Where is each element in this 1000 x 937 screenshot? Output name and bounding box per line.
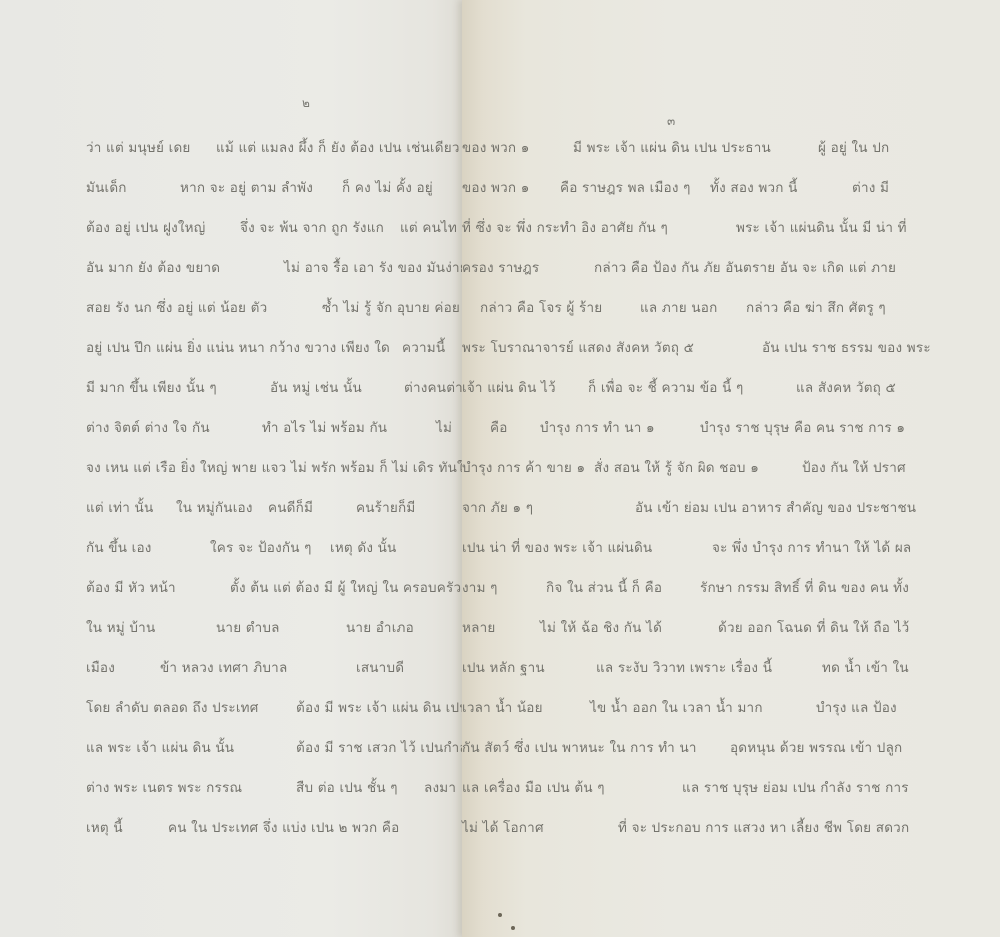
left-text-line-7-segment: อัน หมู่ เช่น นั้น (270, 376, 362, 398)
left-text-line-4-segment: ไม่ อาจ รื้อ เอา รัง ของ มันง่าย (284, 256, 468, 278)
left-text-line-6-segment: ความนี้ (402, 336, 445, 358)
left-text-line-14-segment: เมือง (86, 656, 115, 678)
left-text-line-13-segment: ใน หมู่ บ้าน (86, 616, 155, 638)
left-text-line-6-segment: อยู่ เปน ปึก แผ่น ยิ่ง แน่น หนา กว้าง ขว… (86, 336, 390, 358)
left-text-line-13-segment: นาย ตำบล (216, 616, 280, 638)
right-text-line-2-segment: ของ พวก ๑ (462, 176, 530, 198)
right-text-line-12-segment: งาม ๆ (462, 576, 498, 598)
right-text-line-15-segment: ไข น้ำ ออก ใน เวลา น้ำ มาก (590, 696, 763, 718)
left-text-line-10-segment: คนร้ายก็มี (356, 496, 415, 518)
left-text-line-3-segment: จึ่ง จะ พ้น จาก ถูก รังแก (240, 216, 384, 238)
right-text-line-7-segment: เจ้า แผ่น ดิน ไว้ (462, 376, 556, 398)
right-page: ๓ ของ พวก ๑มี พระ เจ้า แผ่น ดิน เปน ประธ… (462, 0, 1000, 937)
right-text-line-2-segment: ต่าง มี (852, 176, 889, 198)
right-text-line-18-segment: ไม่ ได้ โอกาศ (462, 816, 544, 838)
left-text-line-11-segment: ใคร จะ ป้องกัน ๆ (210, 536, 312, 558)
left-text-line-17-segment: สืบ ต่อ เปน ชั้น ๆ (296, 776, 398, 798)
right-text-line-7-segment: แล สังคห วัตถุ ๕ (796, 376, 896, 398)
left-text-line-14-segment: ข้า หลวง เทศา ภิบาล (160, 656, 287, 678)
left-text-line-7-segment: ต่างคนต่าง (404, 376, 470, 398)
right-text-line-1-segment: ผู้ อยู่ ใน ปก (818, 136, 889, 158)
left-text-line-17-segment: ลงมา (424, 776, 456, 798)
right-text-line-2-segment: คือ ราษฎร พล เมือง ๆ (560, 176, 691, 198)
right-text-line-6-segment: อัน เปน ราช ธรรม ของ พระ (762, 336, 931, 358)
left-text-line-1-segment: แม้ แต่ แมลง ผึ้ง ก็ ยัง ต้อง เปน เช่นเด… (216, 136, 460, 158)
right-text-line-5-segment: กล่าว คือ โจร ผู้ ร้าย (480, 296, 602, 318)
right-text-line-17-segment: แล เครื่อง มือ เปน ต้น ๆ (462, 776, 605, 798)
left-text-line-15-segment: ต้อง มี พระ เจ้า แผ่น ดิน เปนผู้ (296, 696, 477, 718)
left-text-line-12-segment: ตั้ง ต้น แต่ ต้อง มี ผู้ ใหญ่ ใน ครอบครั… (230, 576, 461, 598)
right-text-line-8-segment: บำรุง ราช บุรุษ คือ คน ราช การ ๑ (700, 416, 905, 438)
right-text-line-7-segment: ก็ เพื่อ จะ ชี้ ความ ข้อ นี้ ๆ (588, 376, 743, 398)
right-text-line-6-segment: พระ โบราณาจารย์ แสดง สังคห วัตถุ ๕ (462, 336, 694, 358)
left-text-line-9-segment: จง เหน แต่ เรือ ยิ่ง ใหญ่ พาย แจว ไม่ พร… (86, 456, 472, 478)
right-text-line-11-segment: จะ พึ่ง บำรุง การ ทำนา ให้ ได้ ผล (712, 536, 911, 558)
right-text-line-1-segment: ของ พวก ๑ (462, 136, 530, 158)
right-text-line-3-segment: ที่ ซึ่ง จะ พึ่ง กระทำ อิง อาศัย กัน ๆ (462, 216, 668, 238)
left-text-line-2-segment: ก็ คง ไม่ คั้ง อยู่ (342, 176, 433, 198)
right-text-line-2-segment: ทั้ง สอง พวก นี้ (710, 176, 798, 198)
left-text-line-2-segment: มันเด็ก (86, 176, 127, 198)
book-spread: ๒ ว่า แต่ มนุษย์ เดยแม้ แต่ แมลง ผึ้ง ก็… (0, 0, 1000, 937)
right-text-line-16-segment: อุดหนุน ด้วย พรรณ เข้า ปลูก (730, 736, 902, 758)
left-text-line-7-segment: มี มาก ขึ้น เพียง นั้น ๆ (86, 376, 217, 398)
left-text-line-2-segment: หาก จะ อยู่ ตาม ลำพัง (180, 176, 313, 198)
right-text-line-4-segment: ครอง ราษฎร (462, 256, 539, 278)
left-text-line-12-segment: ต้อง มี หัว หน้า (86, 576, 176, 598)
left-text-line-11-segment: เหตุ ดัง นั้น (330, 536, 396, 558)
right-text-line-14-segment: เปน หลัก ฐาน (462, 656, 545, 678)
right-text-line-1-segment: มี พระ เจ้า แผ่น ดิน เปน ประธาน (573, 136, 771, 158)
left-text-line-1-segment: ว่า แต่ มนุษย์ เดย (86, 136, 191, 158)
right-text-line-9-segment: สั่ง สอน ให้ รู้ จัก ผิด ชอบ ๑ (594, 456, 759, 478)
right-text-line-8-segment: บำรุง การ ทำ นา ๑ (540, 416, 655, 438)
left-text-line-16-segment: แล พระ เจ้า แผ่น ดิน นั้น (86, 736, 234, 758)
right-text-line-12-segment: รักษา กรรม สิทธิ์ ที่ ดิน ของ คน ทั้ง (700, 576, 909, 598)
binding-hole-mark (498, 913, 502, 917)
right-text-line-11-segment: เปน น่า ที่ ของ พระ เจ้า แผ่นดิน (462, 536, 652, 558)
right-text-line-13-segment: ไม่ ให้ ฉ้อ ชิง กัน ได้ (540, 616, 662, 638)
right-page-number: ๓ (667, 112, 675, 131)
left-text-line-5-segment: ซ้ำ ไม่ รู้ จัก อุบาย ค่อย (322, 296, 460, 318)
right-text-line-5-segment: แล ภาย นอก (640, 296, 717, 318)
left-page: ๒ ว่า แต่ มนุษย์ เดยแม้ แต่ แมลง ผึ้ง ก็… (0, 0, 470, 937)
right-text-line-5-segment: กล่าว คือ ฆ่า สึก ศัตรู ๆ (746, 296, 886, 318)
right-text-line-17-segment: แล ราช บุรุษ ย่อม เปน กำลัง ราช การ (682, 776, 909, 798)
left-text-line-16-segment: ต้อง มี ราช เสวก ไว้ เปนกำลัง (296, 736, 475, 758)
right-text-line-8-segment: คือ (490, 416, 508, 438)
left-text-line-3-segment: ต้อง อยู่ เปน ฝูงใหญ่ (86, 216, 205, 238)
left-text-line-3-segment: แต่ คนไท (400, 216, 457, 238)
left-text-line-18-segment: คน ใน ประเทศ จึ่ง แบ่ง เปน ๒ พวก คือ (168, 816, 399, 838)
right-text-line-14-segment: ทด น้ำ เข้า ใน (822, 656, 909, 678)
left-text-line-18-segment: เหตุ นี้ (86, 816, 123, 838)
right-text-line-13-segment: หลาย (462, 616, 495, 638)
right-text-line-4-segment: กล่าว คือ ป้อง กัน ภัย อันตราย อัน จะ เก… (594, 256, 896, 278)
right-text-line-12-segment: กิจ ใน ส่วน นี้ ก็ คือ (546, 576, 662, 598)
left-text-line-10-segment: ใน หมู่กันเอง (176, 496, 253, 518)
right-text-line-3-segment: พระ เจ้า แผ่นดิน นั้น มี น่า ที่ (736, 216, 907, 238)
left-text-line-15-segment: โดย ลำดับ ตลอด ถึง ประเทศ (86, 696, 259, 718)
right-text-line-18-segment: ที่ จะ ประกอบ การ แสวง หา เลี้ยง ชีพ โดย… (618, 816, 909, 838)
right-text-line-9-segment: บำรุง การ ค้า ขาย ๑ (462, 456, 585, 478)
left-text-line-4-segment: อัน มาก ยัง ต้อง ขยาด (86, 256, 220, 278)
right-text-line-10-segment: จาก ภัย ๑ ๆ (462, 496, 533, 518)
left-text-line-10-segment: คนดีก็มี (268, 496, 313, 518)
left-text-line-17-segment: ต่าง พระ เนตร พระ กรรณ (86, 776, 242, 798)
right-text-line-10-segment: อัน เข้า ย่อม เปน อาหาร สำคัญ ของ ประชาช… (635, 496, 916, 518)
right-text-line-15-segment: บำรุง แล ป้อง (816, 696, 897, 718)
left-text-line-14-segment: เสนาบดี (356, 656, 404, 678)
right-text-line-9-segment: ป้อง กัน ให้ ปราศ (802, 456, 906, 478)
right-text-line-13-segment: ด้วย ออก โฉนด ที่ ดิน ให้ ถือ ไว้ (718, 616, 909, 638)
binding-hole-mark (511, 926, 515, 930)
left-page-number: ๒ (302, 94, 310, 113)
right-text-line-15-segment: เวลา น้ำ น้อย (462, 696, 543, 718)
left-text-line-11-segment: กัน ขึ้น เอง (86, 536, 152, 558)
left-text-line-13-segment: นาย อำเภอ (346, 616, 414, 638)
right-text-line-14-segment: แล ระงับ วิวาท เพราะ เรื่อง นี้ (596, 656, 772, 678)
left-text-line-10-segment: แต่ เท่า นั้น (86, 496, 153, 518)
right-text-line-16-segment: กัน สัตว์ ซึ่ง เปน พาหนะ ใน การ ทำ นา (462, 736, 697, 758)
left-text-line-5-segment: สอย รัง นก ซึ่ง อยู่ แต่ น้อย ตัว (86, 296, 267, 318)
left-text-line-8-segment: ทำ อไร ไม่ พร้อม กัน (262, 416, 387, 438)
left-text-line-8-segment: ไม่ (436, 416, 452, 438)
left-text-line-8-segment: ต่าง จิตต์ ต่าง ใจ กัน (86, 416, 210, 438)
